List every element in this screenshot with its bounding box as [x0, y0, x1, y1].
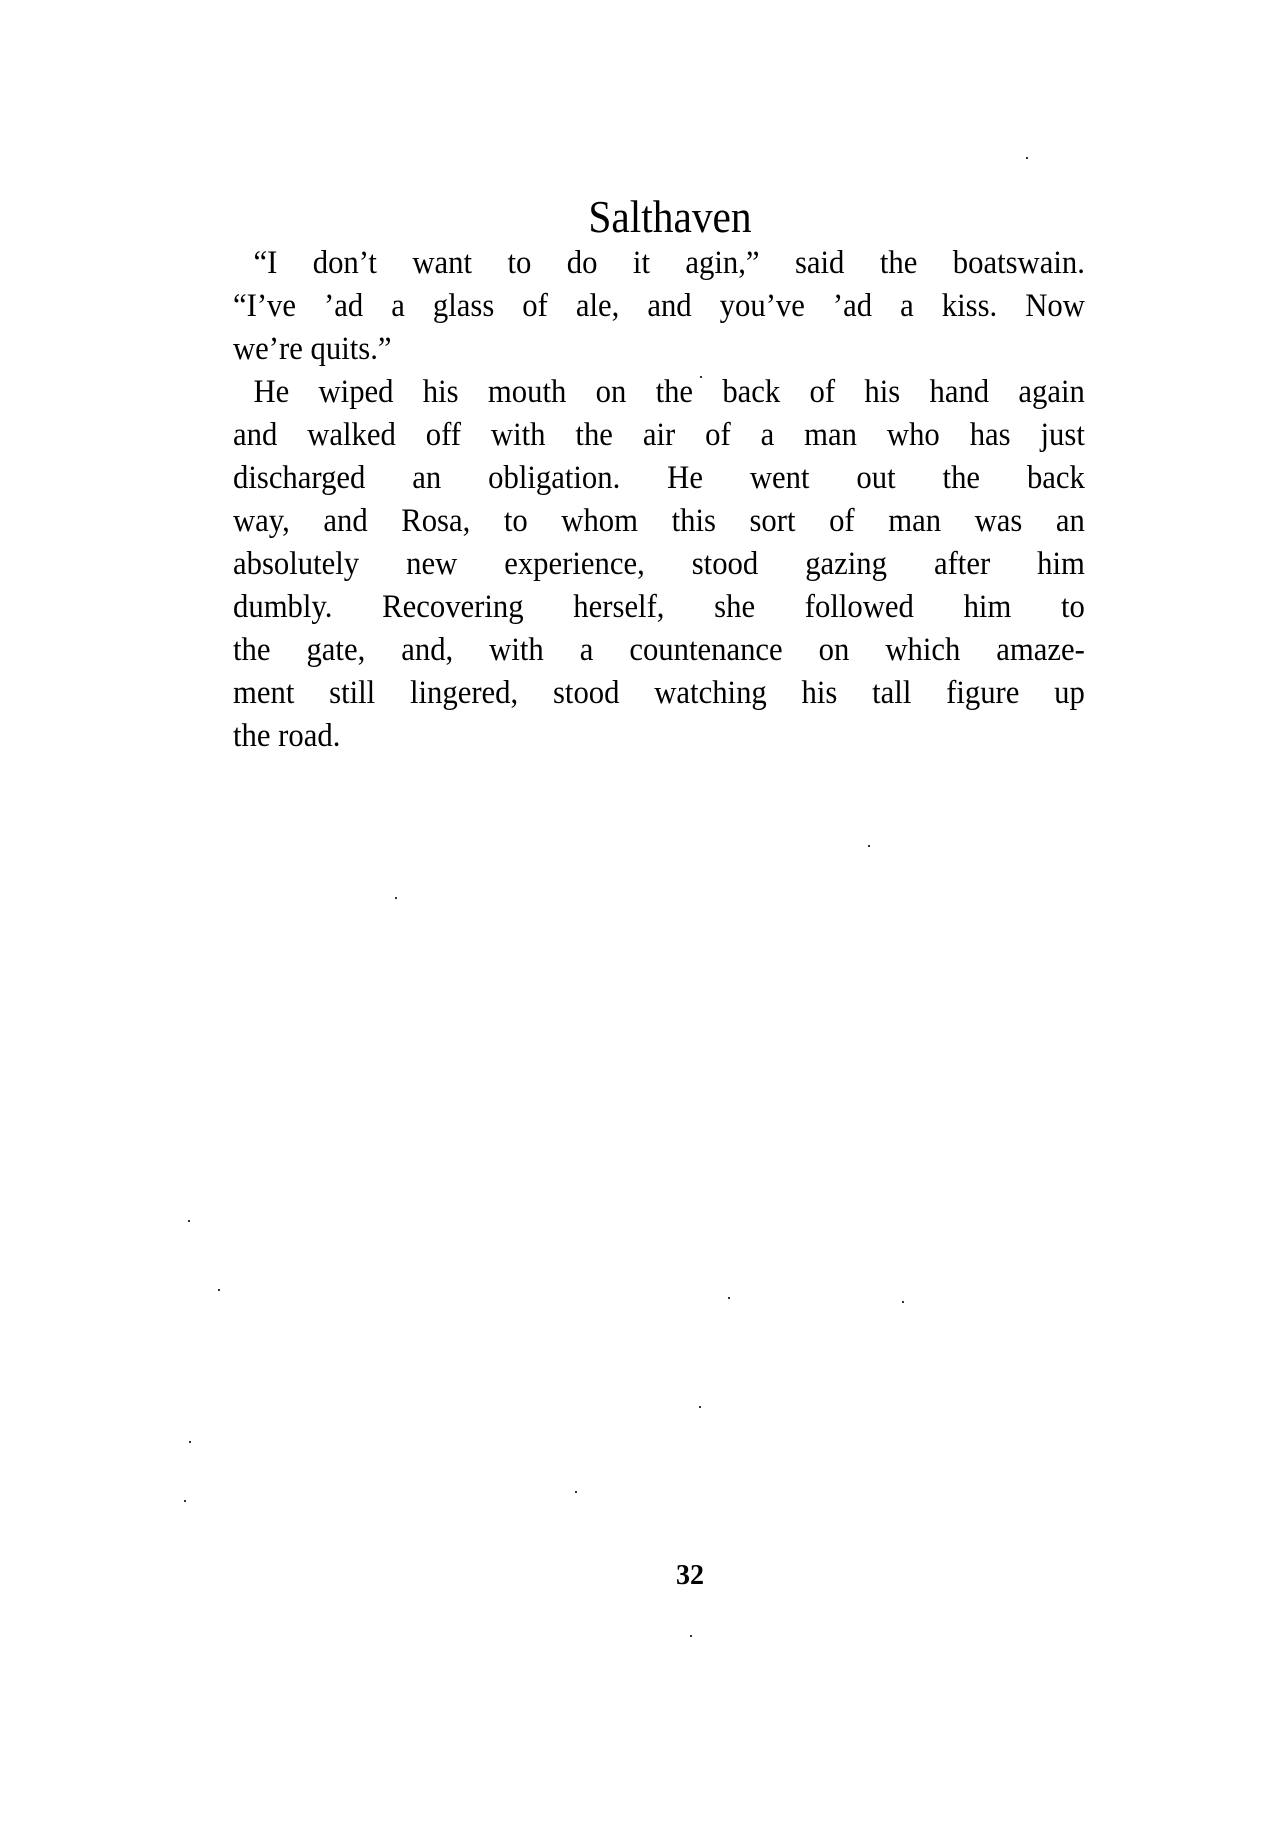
text-line: He wiped his mouth on the back of his ha… [233, 371, 1085, 414]
text-line: we’re quits.” [233, 328, 1085, 371]
scan-speck [1026, 157, 1028, 159]
text-line: absolutely new experience, stood gazing … [233, 543, 1085, 586]
scan-speck [700, 376, 702, 378]
book-page: Salthaven “I don’t want to do it agin,” … [0, 0, 1285, 1841]
running-head-title: Salthaven [67, 190, 1273, 243]
text-line: ment still lingered, stood watching his … [233, 672, 1085, 715]
body-text: “I don’t want to do it agin,” said the b… [233, 242, 1085, 758]
text-line: “I’ve ’ad a glass of ale, and you’ve ’ad… [233, 285, 1085, 328]
text-line: and walked off with the air of a man who… [233, 414, 1085, 457]
scan-speck [699, 1406, 701, 1408]
text-line: discharged an obligation. He went out th… [233, 457, 1085, 500]
paragraph-1: “I don’t want to do it agin,” said the b… [233, 242, 1085, 371]
text-line: the gate, and, with a countenance on whi… [233, 629, 1085, 672]
text-line: the road. [233, 715, 1085, 758]
page-number: 32 [660, 1560, 720, 1592]
scan-speck [728, 1297, 730, 1299]
text-line: way, and Rosa, to whom this sort of man … [233, 500, 1085, 543]
text-line: “I don’t want to do it agin,” said the b… [233, 242, 1085, 285]
scan-speck [902, 1301, 904, 1303]
scan-speck [189, 1441, 191, 1443]
scan-speck [188, 1220, 190, 1222]
scan-speck [868, 845, 870, 847]
scan-speck [218, 1289, 220, 1291]
scan-speck [690, 1635, 692, 1637]
paragraph-2: He wiped his mouth on the back of his ha… [233, 371, 1085, 758]
scan-speck [395, 897, 397, 899]
scan-speck [575, 1491, 577, 1493]
text-line: dumbly. Recovering herself, she followed… [233, 586, 1085, 629]
scan-speck [184, 1500, 186, 1502]
